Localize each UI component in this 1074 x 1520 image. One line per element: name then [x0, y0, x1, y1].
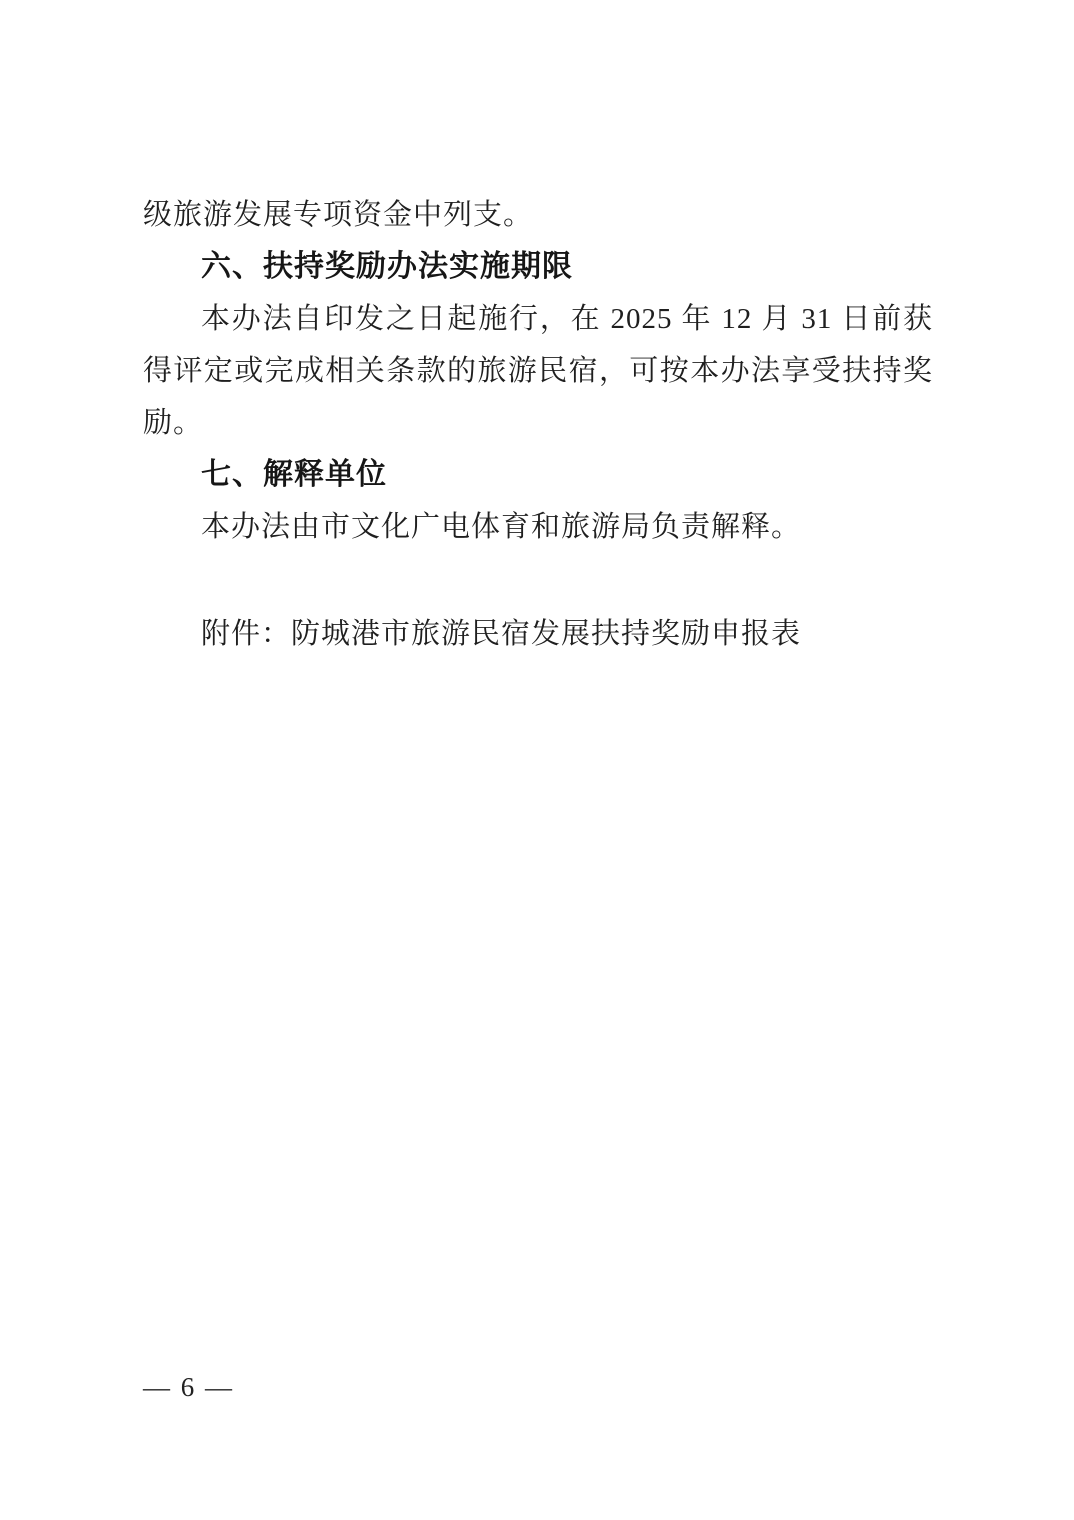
attachment-line: 附件：防城港市旅游民宿发展扶持奖励申报表 [143, 608, 933, 660]
paragraph-continuation: 级旅游发展专项资金中列支。 [143, 189, 933, 241]
document-page: 级旅游发展专项资金中列支。 六、扶持奖励办法实施期限 本办法自印发之日起施行，在… [0, 0, 1074, 1520]
document-body: 级旅游发展专项资金中列支。 六、扶持奖励办法实施期限 本办法自印发之日起施行，在… [143, 189, 933, 660]
paragraph-section-six: 本办法自印发之日起施行，在 2025 年 12 月 31 日前获得评定或完成相关… [143, 293, 933, 449]
blank-line-gap [143, 553, 933, 608]
paragraph-section-seven: 本办法由市文化广电体育和旅游局负责解释。 [143, 501, 933, 553]
section-heading-six: 六、扶持奖励办法实施期限 [143, 241, 933, 293]
page-number: — 6 — [143, 1372, 234, 1402]
section-heading-seven: 七、解释单位 [143, 449, 933, 501]
